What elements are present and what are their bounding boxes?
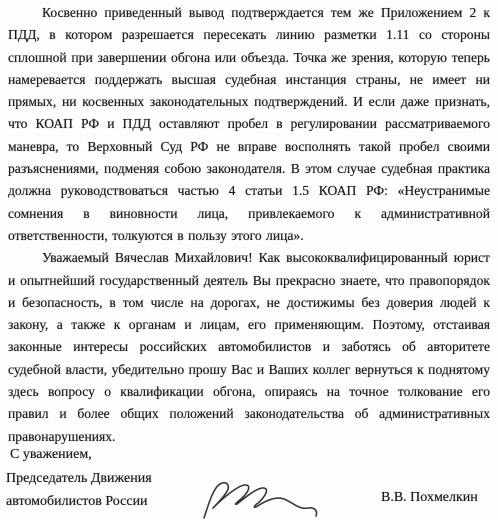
letter-body: Косвенно приведенный вывод подтверждаетс… [8, 2, 490, 448]
closing-block: С уважением, Председатель Движения автом… [10, 443, 152, 514]
signer-title-line1: Председатель Движения [6, 467, 152, 491]
signer-name: В.В. Похмелкин [381, 490, 478, 506]
handwritten-signature-icon [200, 478, 345, 520]
letter-page: Косвенно приведенный вывод подтверждаетс… [0, 0, 498, 520]
paragraph-legal-argument: Косвенно приведенный вывод подтверждаетс… [8, 2, 490, 247]
closing-salutation: С уважением, [10, 443, 152, 467]
signer-title-line2: автомобилистов России [6, 490, 152, 514]
paragraph-appeal: Уважаемый Вячеслав Михайлович! Как высок… [8, 247, 490, 448]
